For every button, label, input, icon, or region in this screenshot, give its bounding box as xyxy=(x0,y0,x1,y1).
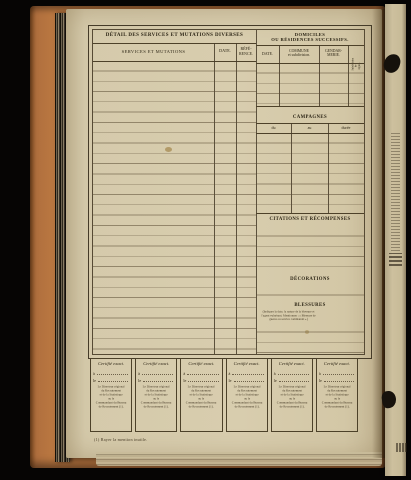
scanned-register-page: DÉTAIL DES SERVICES ET MUTATIONS DIVERSE… xyxy=(0,0,411,480)
certificate-date-label: le xyxy=(93,378,96,383)
certificate-date-blank xyxy=(143,381,173,382)
certificate-place-line: à xyxy=(229,369,265,376)
domiciles-date-column-header: DATE. xyxy=(256,52,279,57)
certificate-date-line: le xyxy=(319,376,355,383)
services-date-column-header: DATE. xyxy=(214,49,236,54)
campagnes-au-column-header: au xyxy=(291,126,328,131)
campagnes-bottom-rule xyxy=(256,213,364,214)
certificate-box: Certifié exact. à le Le Directeur région… xyxy=(180,358,222,432)
certificate-date-line: le xyxy=(183,376,219,383)
certificate-date-blank xyxy=(234,381,264,382)
certificate-title: Certifié exact. xyxy=(229,361,265,366)
campagnes-du-column-header: du xyxy=(256,126,291,131)
certificate-place-line: à xyxy=(138,369,174,376)
bottom-page-edges xyxy=(96,452,382,466)
certificate-box: Certifié exact. à le Le Directeur région… xyxy=(90,358,132,432)
certificate-signatory: Le Directeur régional du Recrutement et … xyxy=(93,385,129,409)
domiciles-gendarmerie-column-header: GENDAR- MERIE. xyxy=(319,49,348,58)
certificate-box: Certifié exact. à le Le Directeur région… xyxy=(271,358,313,432)
certificate-date-blank xyxy=(188,381,218,382)
certificate-signatory: Le Directeur régional du Recrutement et … xyxy=(183,385,219,409)
certificate-title: Certifié exact. xyxy=(319,361,355,366)
services-column-header: SERVICES ET MUTATIONS xyxy=(93,49,214,54)
blessures-note: (Indiquer la date, la nature de la bless… xyxy=(259,310,318,321)
certificate-signatory: Le Directeur régional du Recrutement et … xyxy=(138,385,174,409)
certificate-place-line: à xyxy=(319,369,355,376)
certificate-date-blank xyxy=(279,381,309,382)
domiciles-commune-column-header: COMMUNE et subdivision. xyxy=(279,49,319,58)
certificate-box: Certifié exact. à le Le Directeur région… xyxy=(226,358,268,432)
services-reference-column-header: RÉFÉ- RENCE. xyxy=(236,46,256,56)
form-inner-area: DÉTAIL DES SERVICES ET MUTATIONS DIVERSE… xyxy=(92,29,365,355)
campagnes-ruled-area xyxy=(256,133,364,213)
certificate-box: Certifié exact. à le Le Directeur région… xyxy=(135,358,177,432)
certificate-date-label: le xyxy=(229,378,232,383)
certificate-date-line: le xyxy=(229,376,265,383)
blessures-ruled-area xyxy=(256,322,364,354)
certificate-place-blank xyxy=(323,374,354,375)
certificate-date-blank xyxy=(98,381,128,382)
citations-ruled-area xyxy=(256,226,364,276)
adjacent-page-stamp-mark xyxy=(389,253,402,266)
domiciles-title: DOMICILES OU RÉSIDENCES SUCCESSIFS. xyxy=(256,32,364,43)
certificate-signatory: Le Directeur régional du Recrutement et … xyxy=(229,385,265,409)
certificate-place-blank xyxy=(187,374,218,375)
certificate-date-label: le xyxy=(274,378,277,383)
certificate-date-label: le xyxy=(138,378,141,383)
certificate-title: Certifié exact. xyxy=(183,361,219,366)
campagnes-title: CAMPAGNES xyxy=(256,115,364,121)
certificate-title: Certifié exact. xyxy=(138,361,174,366)
certificate-date-label: le xyxy=(183,378,186,383)
decorations-ruled-area xyxy=(256,285,364,302)
blessures-title: BLESSURES xyxy=(256,303,364,309)
certificate-date-label: le xyxy=(319,378,322,383)
certificate-title: Certifié exact. xyxy=(274,361,310,366)
certificate-place-blank xyxy=(278,374,309,375)
certificate-place-blank xyxy=(142,374,173,375)
citations-title: CITATIONS ET RÉCOMPENSES xyxy=(256,217,364,223)
certificates-row: Certifié exact. à le Le Directeur région… xyxy=(90,358,358,432)
certificate-place-line: à xyxy=(274,369,310,376)
certificate-date-line: le xyxy=(93,376,129,383)
adjacent-page-corner-mark xyxy=(396,443,407,452)
certificate-place-blank xyxy=(97,374,128,375)
services-title-rule xyxy=(93,43,256,44)
certificate-title: Certifié exact. xyxy=(93,361,129,366)
services-table-title: DÉTAIL DES SERVICES ET MUTATIONS DIVERSE… xyxy=(93,33,256,39)
campagnes-duree-column-header: durée xyxy=(328,126,364,131)
certificate-place-line: à xyxy=(93,369,129,376)
certificate-place-blank xyxy=(232,374,263,375)
adjacent-page-microtext xyxy=(391,133,400,251)
campagnes-title-rule xyxy=(256,123,364,124)
certificate-box: Certifié exact. à le Le Directeur région… xyxy=(316,358,358,432)
decorations-title: DÉCORATIONS xyxy=(256,277,364,283)
domiciles-bottom-rule xyxy=(256,106,364,107)
certificate-signatory: Le Directeur régional du Recrutement et … xyxy=(319,385,355,409)
footnote: (1) Rayer la mention inutile. xyxy=(94,437,147,442)
domiciles-ruled-area xyxy=(256,63,364,106)
certificate-place-line: à xyxy=(183,369,219,376)
certificate-date-line: le xyxy=(274,376,310,383)
binding-gutter-shadow xyxy=(372,9,386,458)
certificate-date-line: le xyxy=(138,376,174,383)
services-ruled-area xyxy=(93,61,256,354)
certificate-signatory: Le Directeur régional du Recrutement et … xyxy=(274,385,310,409)
certificate-date-blank xyxy=(324,381,354,382)
